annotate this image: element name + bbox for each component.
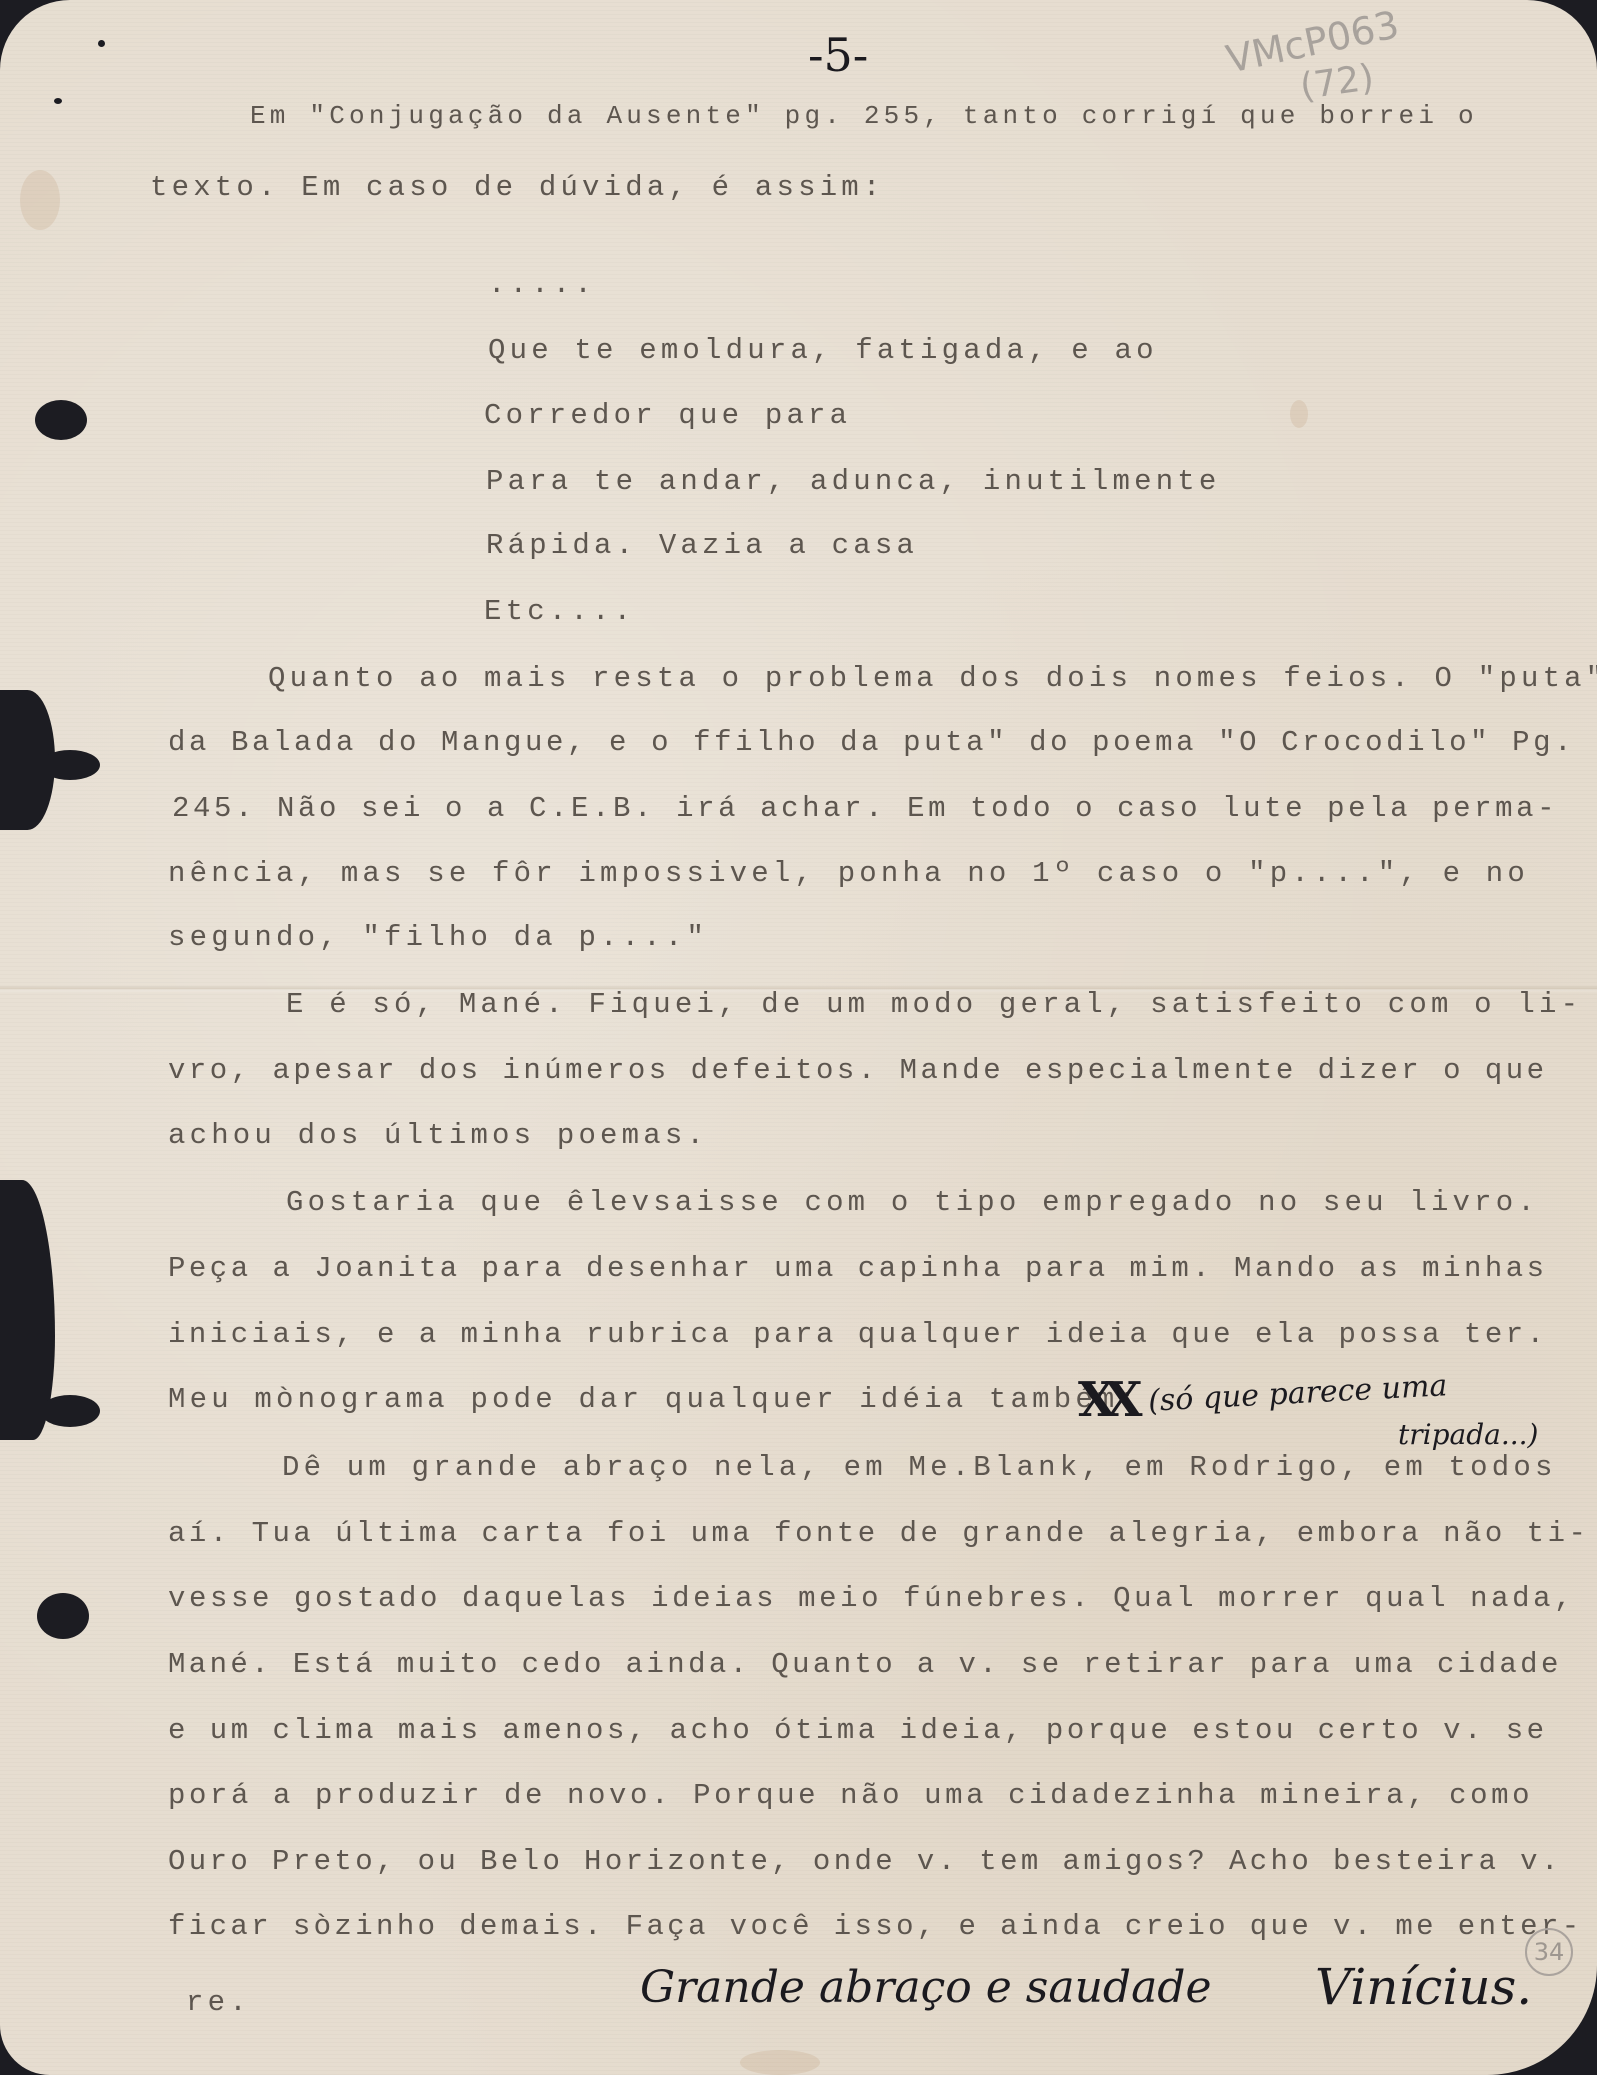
folio-number-text: 34 [1534, 1938, 1565, 1966]
text-line: vesse gostado daquelas ideias meio fúneb… [168, 1584, 1575, 1613]
paper-stain [740, 2050, 820, 2075]
text-line: re. [186, 1988, 251, 2017]
text-line: porá a produzir de novo. Porque não uma … [168, 1781, 1533, 1810]
poem-line: Para te andar, adunca, inutilmente [486, 467, 1221, 496]
text-line: vro, apesar dos inúmeros defeitos. Mande… [168, 1056, 1548, 1085]
pin-hole [54, 98, 62, 104]
text-line: Gostaria que êlevsaisse com o tipo empre… [286, 1188, 1539, 1217]
folio-number: 34 [1525, 1928, 1573, 1976]
text-line: E é só, Mané. Fiquei, de um modo geral, … [286, 990, 1582, 1019]
text-line: Em "Conjugação da Ausente" pg. 255, tant… [250, 103, 1478, 129]
text-line: Ouro Preto, ou Belo Horizonte, onde v. t… [168, 1847, 1562, 1876]
punch-hole-bottom [37, 1593, 89, 1639]
text-line: ficar sòzinho demais. Faça você isso, e … [168, 1912, 1583, 1941]
text-line: achou dos últimos poemas. [168, 1121, 708, 1150]
pin-hole [98, 40, 105, 47]
text-line: 245. Não sei o a C.E.B. irá achar. Em to… [172, 794, 1558, 823]
text-line: Dê um grande abraço nela, em Me.Blank, e… [282, 1453, 1557, 1482]
paper-stain [20, 170, 60, 230]
text-line: Quanto ao mais resta o problema dos dois… [268, 664, 1597, 693]
text-line: Mané. Está muito cedo ainda. Quanto a v.… [168, 1650, 1562, 1679]
text-line: iniciais, e a minha rubrica para qualque… [168, 1320, 1548, 1349]
poem-line: Rápida. Vazia a casa [486, 531, 918, 560]
handwritten-signature: Vinícius. [1315, 1958, 1532, 2016]
text-line: da Balada do Mangue, e o ffilho da puta"… [168, 728, 1575, 757]
text-line: segundo, "filho da p...." [168, 923, 708, 952]
poem-line: Etc.... [484, 597, 635, 626]
punch-hole-top [35, 400, 87, 440]
text-line: Peça a Joanita para desenhar uma capinha… [168, 1254, 1548, 1283]
letter-page [0, 0, 1597, 2075]
paper-stain [1290, 400, 1308, 428]
torn-hole-upper-knob [40, 750, 100, 780]
torn-hole-lower-knob [40, 1395, 100, 1427]
handwritten-monogram: XX [1078, 1372, 1132, 1428]
text-line: nência, mas se fôr impossivel, ponha no … [168, 859, 1529, 888]
page-number-handwritten: -5- [808, 28, 868, 82]
handwritten-closing: Grande abraço e saudade [640, 1962, 1212, 2013]
handwritten-note: tripada...) [1398, 1418, 1538, 1451]
poem-line: Corredor que para [484, 401, 851, 430]
poem-line: Que te emoldura, fatigada, e ao [488, 336, 1158, 365]
text-line: Meu mònograma pode dar qualquer idéia ta… [168, 1385, 1140, 1414]
text-line: texto. Em caso de dúvida, é assim: [150, 173, 885, 202]
text-line: e um clima mais amenos, acho ótima ideia… [168, 1716, 1548, 1745]
text-line: aí. Tua última carta foi uma fonte de gr… [168, 1519, 1589, 1548]
poem-line: ..... [488, 270, 596, 299]
